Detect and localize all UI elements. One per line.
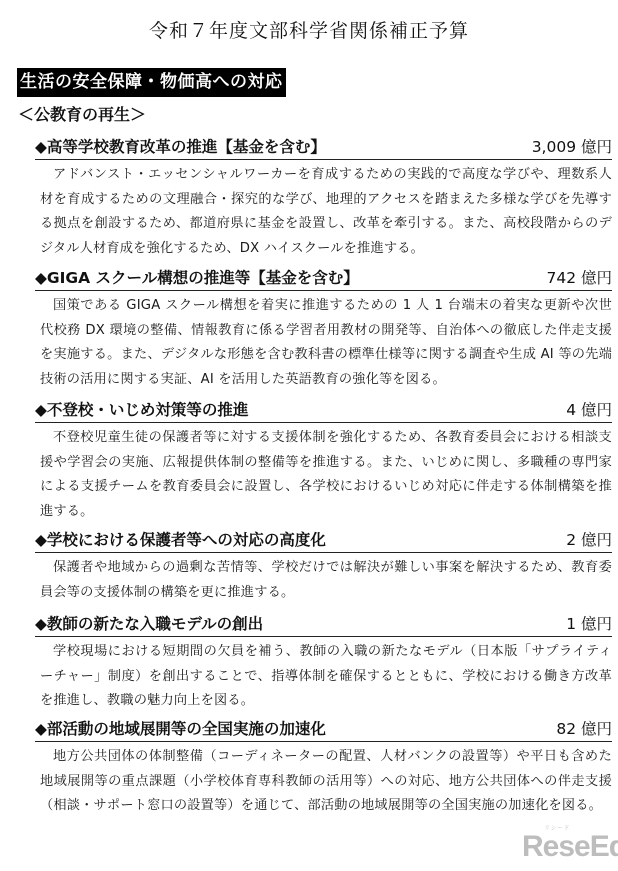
item-description: 学校現場における短期間の欠員を補う、教師の入職の新たなモデル（日本版「サプライテ… bbox=[40, 640, 612, 714]
sub-heading: ＜公教育の再生＞ bbox=[18, 104, 146, 126]
item-title: ◆不登校・いじめ対策等の推進 bbox=[35, 398, 248, 422]
item-title: ◆部活動の地域展開等の全国実施の加速化 bbox=[35, 717, 326, 741]
budget-item-truancy-bullying: ◆不登校・いじめ対策等の推進 4 億円 不登校児童生徒の保護者等に対する支援体制… bbox=[35, 398, 612, 524]
item-amount: 4 億円 bbox=[566, 398, 612, 422]
item-amount: 742 億円 bbox=[546, 266, 612, 290]
reseed-logo: リシード ReseEd bbox=[522, 829, 614, 865]
budget-item-teacher-entry-model: ◆教師の新たな入職モデルの創出 1 億円 学校現場における短期間の欠員を補う、教… bbox=[35, 612, 612, 714]
item-description: 地方公共団体の体制整備（コーディネーターの配置、人材バンクの設置等）や平日も含め… bbox=[40, 745, 612, 819]
item-heading: ◆GIGA スクール構想の推進等【基金を含む】 742 億円 bbox=[35, 266, 612, 291]
item-description: 国策である GIGA スクール構想を着実に推進するための 1 人 1 台端末の着… bbox=[40, 294, 612, 392]
item-amount: 82 億円 bbox=[556, 717, 612, 741]
section-banner: 生活の安全保障・物価高への対応 bbox=[17, 68, 286, 97]
item-amount: 3,009 億円 bbox=[532, 135, 612, 159]
item-description: 不登校児童生徒の保護者等に対する支援体制を強化するため、各教育委員会における相談… bbox=[40, 426, 612, 524]
budget-item-guardian-response: ◆学校における保護者等への対応の高度化 2 億円 保護者や地域からの過剰な苦情等… bbox=[35, 528, 612, 605]
budget-item-high-school-reform: ◆高等学校教育改革の推進【基金を含む】 3,009 億円 アドバンスト・エッセン… bbox=[35, 135, 612, 261]
item-heading: ◆部活動の地域展開等の全国実施の加速化 82 億円 bbox=[35, 717, 612, 742]
item-title: ◆学校における保護者等への対応の高度化 bbox=[35, 528, 326, 552]
item-title: ◆教師の新たな入職モデルの創出 bbox=[35, 612, 263, 636]
item-description: アドバンスト・エッセンシャルワーカーを育成するための実践的で高度な学びや、理数系… bbox=[40, 163, 612, 261]
logo-text: ReseEd bbox=[522, 830, 618, 863]
document-title: 令和７年度文部科学省関係補正予算 bbox=[0, 16, 618, 43]
logo-ruby: リシード bbox=[544, 825, 570, 833]
item-heading: ◆高等学校教育改革の推進【基金を含む】 3,009 億円 bbox=[35, 135, 612, 160]
item-heading: ◆学校における保護者等への対応の高度化 2 億円 bbox=[35, 528, 612, 553]
item-title: ◆GIGA スクール構想の推進等【基金を含む】 bbox=[35, 266, 359, 290]
item-heading: ◆教師の新たな入職モデルの創出 1 億円 bbox=[35, 612, 612, 637]
budget-item-club-activities: ◆部活動の地域展開等の全国実施の加速化 82 億円 地方公共団体の体制整備（コー… bbox=[35, 717, 612, 819]
item-description: 保護者や地域からの過剰な苦情等、学校だけでは解決が難しい事案を解決するため、教育… bbox=[40, 556, 612, 605]
item-amount: 2 億円 bbox=[566, 528, 612, 552]
item-title: ◆高等学校教育改革の推進【基金を含む】 bbox=[35, 135, 326, 159]
budget-item-giga-school: ◆GIGA スクール構想の推進等【基金を含む】 742 億円 国策である GIG… bbox=[35, 266, 612, 392]
item-heading: ◆不登校・いじめ対策等の推進 4 億円 bbox=[35, 398, 612, 423]
item-amount: 1 億円 bbox=[566, 612, 612, 636]
